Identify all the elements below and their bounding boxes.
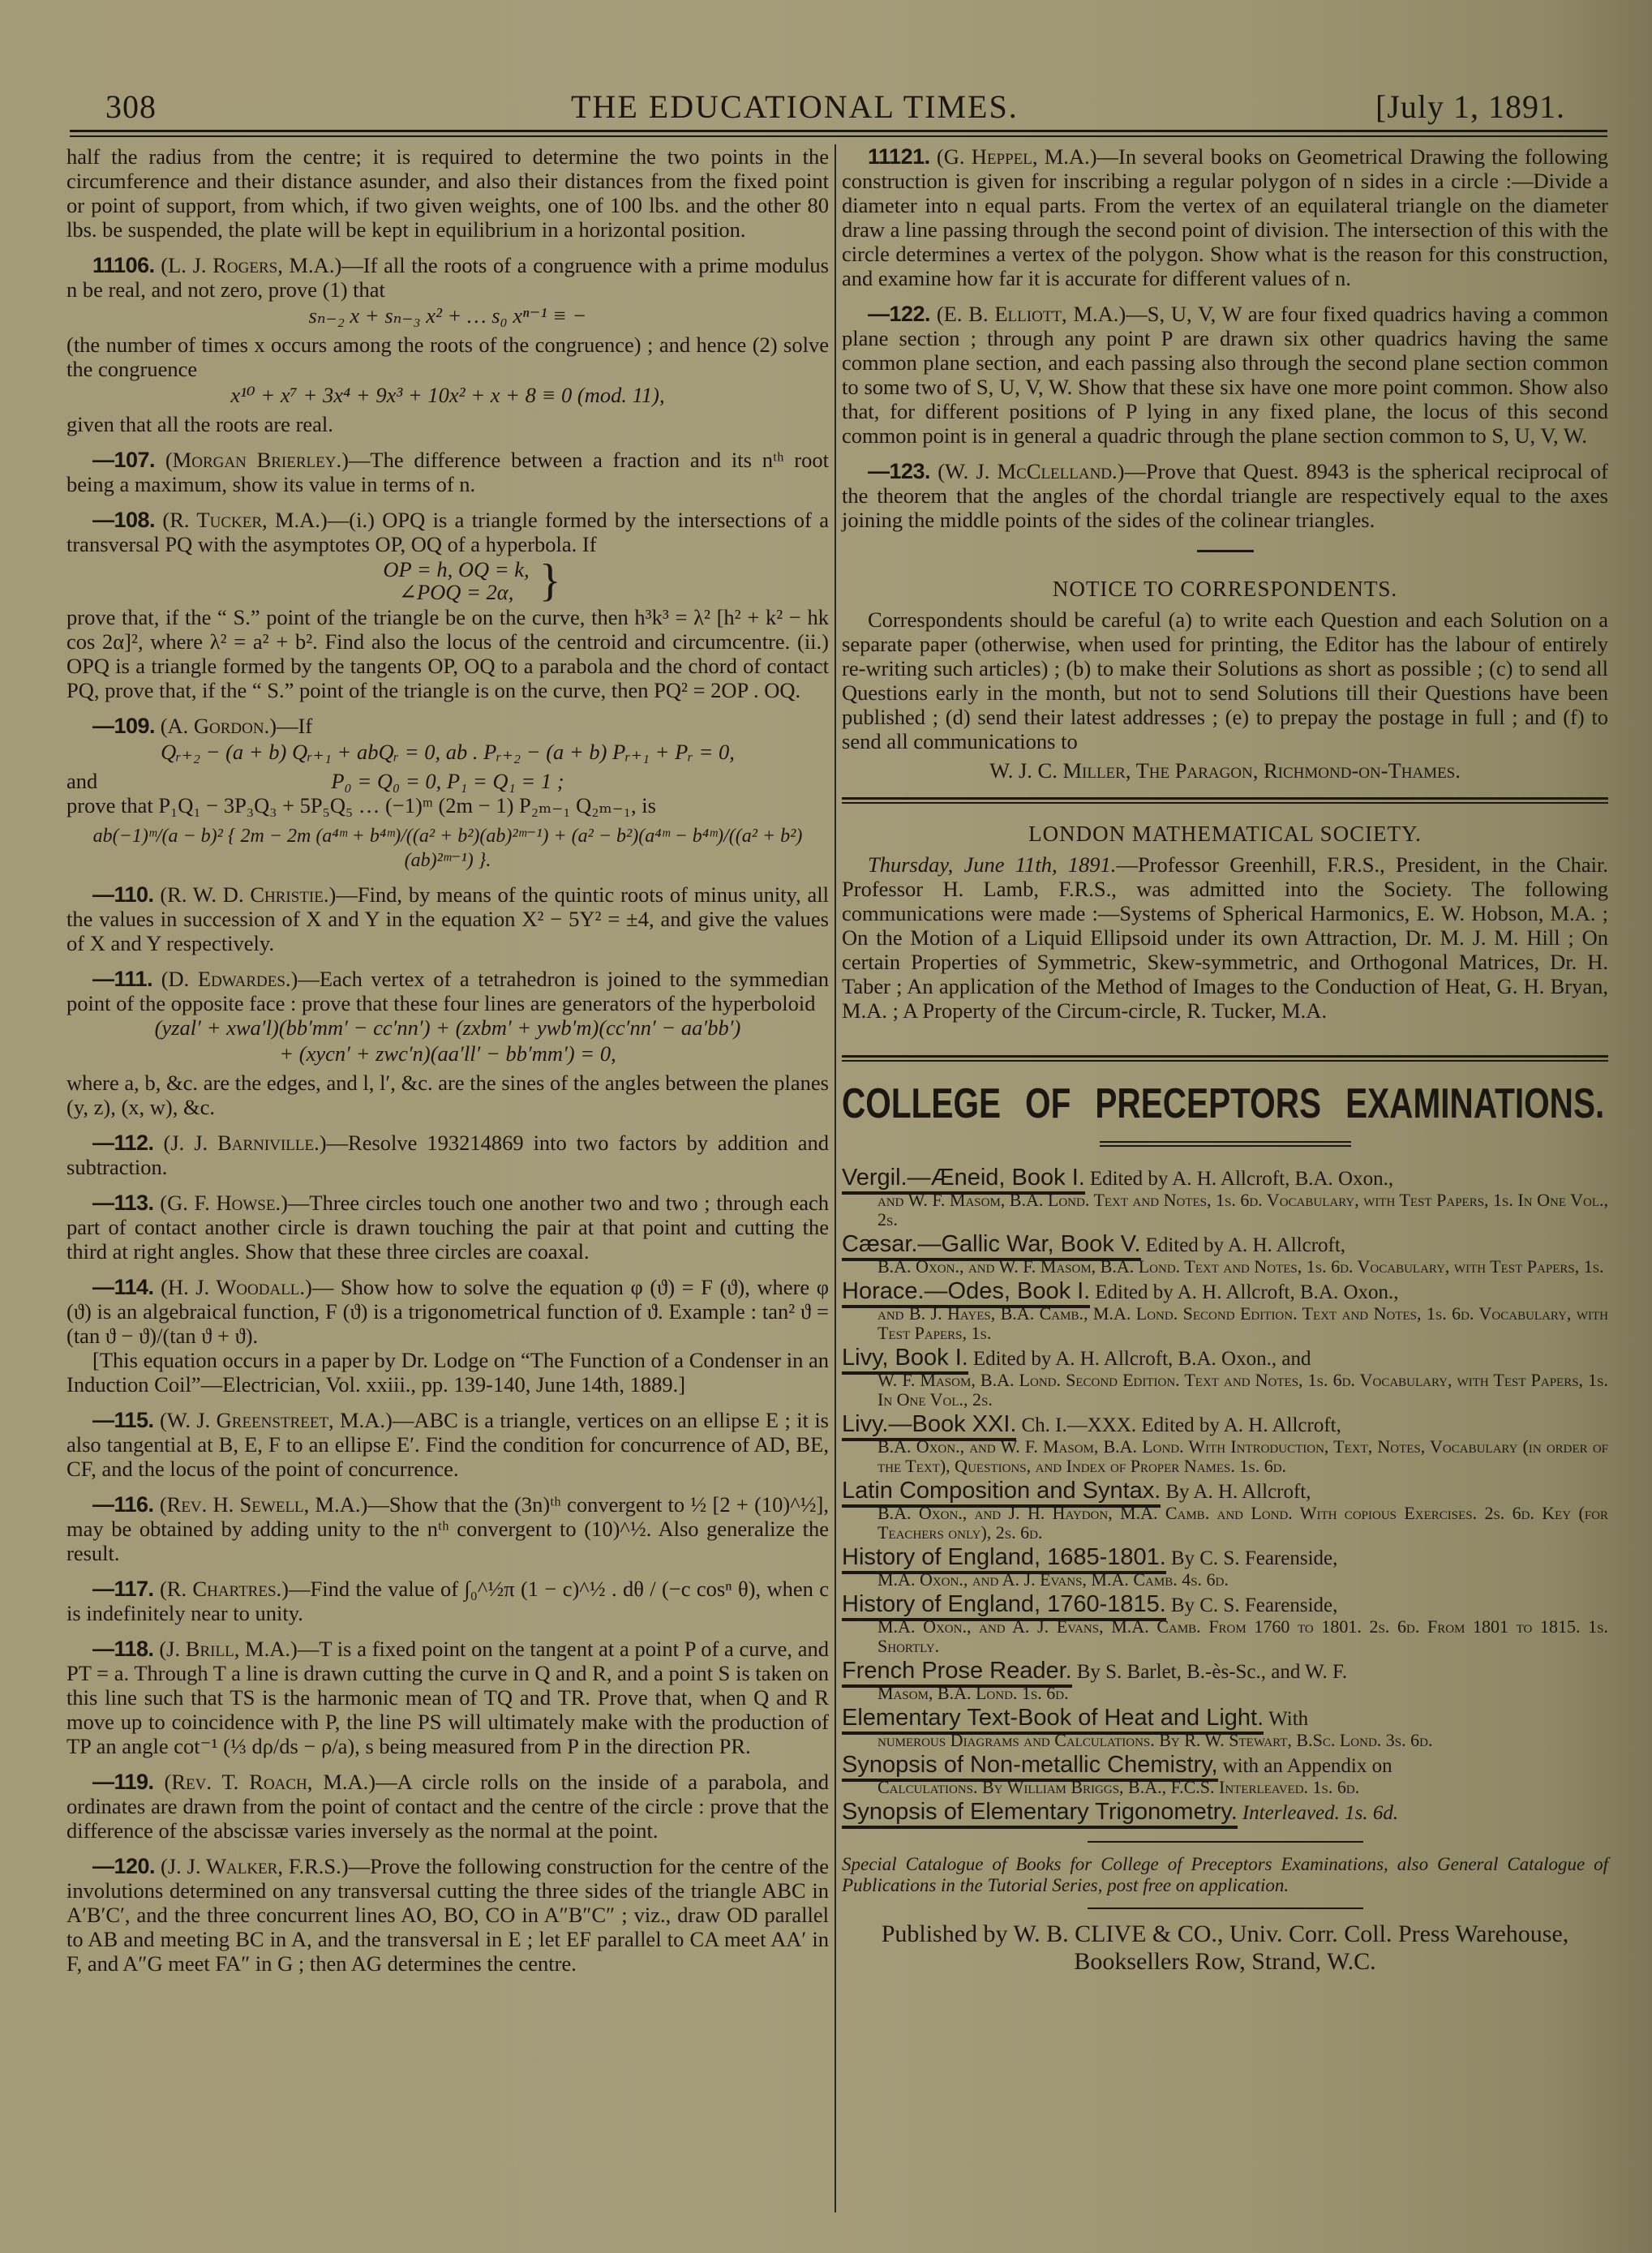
question-number: —111. [92, 967, 152, 991]
section-divider-double [842, 797, 1608, 804]
book-editor: with an Appendix on [1223, 1755, 1392, 1777]
question-author: (A. Gordon.) [161, 714, 277, 738]
question-number: —115. [92, 1408, 154, 1432]
question-number: —120. [92, 1854, 155, 1878]
section-divider [1088, 1841, 1363, 1843]
book-listing: Synopsis of Elementary Trigonometry. Int… [842, 1802, 1608, 1823]
column-divider [835, 144, 836, 2212]
continued-question-text: half the radius from the centre; it is r… [67, 144, 829, 242]
question-number: —110. [92, 882, 154, 907]
question-author: (W. J. McClelland.) [938, 459, 1124, 483]
question-text: prove that, if the “ S.” point of the tr… [67, 605, 829, 702]
book-details: B.A. Oxon., and J. H. Haydon, M.A. Camb.… [842, 1504, 1608, 1543]
book-listing: Livy.—Book XXI. Ch. I.—XXX. Edited by A.… [842, 1414, 1608, 1476]
book-listing: Vergil.—Æneid, Book I. Edited by A. H. A… [842, 1168, 1608, 1229]
book-editor: Edited by A. H. Allcroft, B.A. Oxon., [1090, 1168, 1393, 1190]
book-details: numerous Diagrams and Calculations. By R… [842, 1731, 1608, 1750]
book-details: B.A. Oxon., and W. F. Masom, B.A. Lond. … [842, 1437, 1608, 1476]
book-details: W. F. Masom, B.A. Lond. Second Edition. … [842, 1371, 1608, 1410]
book-listing: French Prose Reader. By S. Barlet, B.-ès… [842, 1661, 1608, 1703]
book-listing: Synopsis of Non-metallic Chemistry, with… [842, 1755, 1608, 1797]
equation: + (xycn′ + zwc′n)(aa′ll′ − bb′mm′) = 0, [67, 1041, 829, 1066]
section-heading: LONDON MATHEMATICAL SOCIETY. [842, 822, 1608, 846]
equation: (yzal′ + xwa′l)(bb′mm′ − cc′nn′) + (zxbm… [67, 1015, 829, 1040]
question-author: (J. Brill, M.A.) [159, 1637, 298, 1661]
section-divider [1197, 550, 1254, 552]
notice-address: W. J. C. Miller, The Paragon, Richmond-o… [842, 758, 1608, 783]
equation: sₙ₋₂ x + sₙ₋₃ x² + … s₀ xⁿ⁻¹ ≡ − [67, 303, 829, 328]
book-editor: Edited by A. H. Allcroft, B.A. Oxon., [1095, 1281, 1398, 1303]
book-details: M.A. Oxon., and A. J. Evans, M.A. Camb. … [842, 1617, 1608, 1656]
question-number: —107. [92, 448, 155, 472]
book-listing: History of England, 1760-1815. By C. S. … [842, 1594, 1608, 1656]
question-118: —118. (J. Brill, M.A.)—T is a fixed poin… [67, 1637, 829, 1758]
question-text: given that all the roots are real. [67, 412, 829, 436]
question-author: (H. J. Woodall.) [161, 1275, 312, 1299]
question-text: where a, b, &c. are the edges, and l, l′… [67, 1071, 829, 1119]
equation: Qᵣ₊₂ − (a + b) Qᵣ₊₁ + abQᵣ = 0, ab . Pᵣ₊… [67, 740, 829, 764]
book-listing: Elementary Text-Book of Heat and Light. … [842, 1708, 1608, 1750]
college-of-preceptors-advert: COLLEGE OF PRECEPTORS EXAMINATIONS. Verg… [842, 1079, 1608, 1976]
question-author: (Rev. T. Roach, M.A.) [165, 1770, 376, 1794]
book-details: B.A. Oxon., and W. F. Masom, B.A. Lond. … [842, 1257, 1608, 1277]
meeting-date: Thursday, June 11th, 1891. [868, 852, 1116, 877]
question-number: 11121. [868, 144, 930, 169]
question-author: (E. B. Elliott, M.A.) [937, 302, 1126, 326]
equation: x¹⁰ + x⁷ + 3x⁴ + 9x³ + 10x² + x + 8 ≡ 0 … [67, 383, 829, 407]
question-author: (R. W. D. Christie.) [160, 882, 336, 907]
question-111: —111. (D. Edwardes.)—Each vertex of a te… [67, 967, 829, 1119]
question-115: —115. (W. J. Greenstreet, M.A.)—ABC is a… [67, 1408, 829, 1481]
book-editor: Interleaved. 1s. 6d. [1242, 1802, 1398, 1824]
book-editor: Edited by A. H. Allcroft, [1146, 1234, 1346, 1256]
question-number: —113. [92, 1191, 154, 1215]
question-author: (L. J. Rogers, M.A.) [161, 253, 341, 277]
label: and [67, 769, 97, 793]
question-116: —116. (Rev. H. Sewell, M.A.)—Show that t… [67, 1492, 829, 1565]
heading-rule [1100, 1141, 1351, 1147]
question-108: —108. (R. Tucker, M.A.)—(i.) OPQ is a tr… [67, 508, 829, 702]
header-rule-secondary [70, 135, 1607, 139]
question-author: (J. J. Walker, F.R.S.) [161, 1854, 349, 1878]
book-details: Masom, B.A. Lond. 1s. 6d. [842, 1684, 1608, 1703]
question-11121: 11121. (G. Heppel, M.A.)—In several book… [842, 144, 1608, 290]
question-109: —109. (A. Gordon.)—If Qᵣ₊₂ − (a + b) Qᵣ₊… [67, 714, 829, 873]
header-rule [70, 130, 1607, 135]
question-author: (J. J. Barniville.) [164, 1131, 327, 1155]
book-editor: By S. Barlet, B.-ès-Sc., and W. F. [1077, 1661, 1347, 1683]
question-number: —118. [92, 1637, 154, 1661]
book-details: M.A. Oxon., and A. J. Evans, M.A. Camb. … [842, 1570, 1608, 1590]
book-listing: Livy, Book I. Edited by A. H. Allcroft, … [842, 1348, 1608, 1410]
question-author: (W. J. Greenstreet, M.A.) [160, 1408, 393, 1432]
brace-icon: } [539, 558, 561, 603]
question-text: —If [277, 714, 312, 738]
question-number: —108. [92, 508, 155, 532]
question-107: —107. (Morgan Brierley.)—The difference … [67, 448, 829, 496]
question-112: —112. (J. J. Barniville.)—Resolve 193214… [67, 1131, 829, 1179]
question-number: —116. [92, 1492, 154, 1517]
question-author: (Morgan Brierley.) [165, 448, 349, 472]
catalogue-notice: Special Catalogue of Books for College o… [842, 1854, 1608, 1896]
book-editor: Edited by A. H. Allcroft, B.A. Oxon., an… [973, 1348, 1311, 1370]
question-text: (the number of times x occurs among the … [67, 333, 829, 381]
book-editor: By A. H. Allcroft, [1165, 1481, 1311, 1503]
publisher-line: Booksellers Row, Strand, W.C. [842, 1948, 1608, 1976]
question-number: —109. [92, 714, 155, 738]
book-listing: Cæsar.—Gallic War, Book V. Edited by A. … [842, 1234, 1608, 1277]
question-author: (D. Edwardes.) [161, 967, 298, 991]
book-title: Synopsis of Elementary Trigonometry. [842, 1799, 1238, 1829]
question-author: (R. Chartres.) [160, 1577, 289, 1601]
book-listing: Latin Composition and Syntax. By A. H. A… [842, 1481, 1608, 1543]
question-text: prove that P₁Q₁ − 3P₃Q₃ + 5P₅Q₅ … (−1)ᵐ … [67, 793, 829, 818]
newspaper-page: 308 THE EDUCATIONAL TIMES. [July 1, 1891… [0, 0, 1652, 2253]
section-heading: NOTICE TO CORRESPONDENTS. [842, 577, 1608, 601]
question-number: 11106. [92, 253, 155, 277]
publisher-imprint: Published by W. B. CLIVE & CO., Univ. Co… [842, 1920, 1608, 1976]
book-editor: By C. S. Fearenside, [1171, 1547, 1338, 1569]
question-number: —122. [868, 302, 930, 326]
page-number: 308 [105, 88, 157, 126]
section-divider [1088, 1908, 1363, 1909]
question-120: —120. (J. J. Walker, F.R.S.)—Prove the f… [67, 1854, 829, 1976]
left-column: half the radius from the centre; it is r… [67, 144, 829, 1987]
question-author: (G. Heppel, M.A.) [937, 144, 1097, 169]
question-number: —114. [92, 1275, 154, 1299]
question-author: (R. Tucker, M.A.) [162, 508, 327, 532]
book-editor: Ch. I.—XXX. Edited by A. H. Allcroft, [1021, 1414, 1341, 1436]
question-123: —123. (W. J. McClelland.)—Prove that Que… [842, 459, 1608, 532]
publisher-line: Published by W. B. CLIVE & CO., Univ. Co… [842, 1920, 1608, 1948]
book-listing: History of England, 1685-1801. By C. S. … [842, 1547, 1608, 1590]
condition: OP = h, OQ = k, [383, 558, 529, 581]
notice-text: Correspondents should be careful (a) to … [842, 607, 1608, 753]
london-mathematical-society: LONDON MATHEMATICAL SOCIETY. Thursday, J… [842, 822, 1608, 1023]
advert-heading: COLLEGE OF PRECEPTORS EXAMINATIONS. [842, 1079, 1639, 1128]
editorial-note: [This equation occurs in a paper by Dr. … [67, 1348, 829, 1397]
book-listing: Horace.—Odes, Book I. Edited by A. H. Al… [842, 1281, 1608, 1343]
equation: P₀ = Q₀ = 0, P₁ = Q₁ = 1 ; [67, 769, 829, 793]
question-11106: 11106. (L. J. Rogers, M.A.)—If all the r… [67, 253, 829, 436]
question-114: —114. (H. J. Woodall.)— Show how to solv… [67, 1275, 829, 1397]
book-editor: By C. S. Fearenside, [1171, 1594, 1338, 1616]
publication-title: THE EDUCATIONAL TIMES. [571, 88, 1019, 126]
question-117: —117. (R. Chartres.)—Find the value of ∫… [67, 1577, 829, 1625]
issue-date: [July 1, 1891. [1375, 88, 1565, 126]
question-number: —123. [868, 459, 930, 483]
condition-block: OP = h, OQ = k, ∠POQ = 2α, } [115, 558, 829, 603]
book-details: and B. J. Hayes, B.A. Camb., M.A. Lond. … [842, 1304, 1608, 1343]
question-number: —112. [92, 1131, 154, 1155]
right-column: 11121. (G. Heppel, M.A.)—In several book… [842, 144, 1608, 1976]
question-110: —110. (R. W. D. Christie.)—Find, by mean… [67, 882, 829, 955]
condition: ∠POQ = 2α, [383, 581, 529, 603]
question-number: —117. [92, 1577, 154, 1601]
question-author: (G. F. Howse.) [160, 1191, 288, 1215]
question-113: —113. (G. F. Howse.)—Three circles touch… [67, 1191, 829, 1264]
section-divider-double [842, 1055, 1608, 1062]
question-122: —122. (E. B. Elliott, M.A.)—S, U, V, W a… [842, 302, 1608, 448]
meeting-report: —Professor Greenhill, F.R.S., President,… [842, 852, 1608, 1023]
book-details: and W. F. Masom, B.A. Lond. Text and Not… [842, 1191, 1608, 1229]
page-header: 308 THE EDUCATIONAL TIMES. [July 1, 1891… [105, 88, 1565, 128]
equation: ab(−1)ᵐ/(a − b)² { 2m − 2m (a⁴ᵐ + b⁴ᵐ)/(… [67, 824, 829, 873]
question-number: —119. [92, 1770, 154, 1794]
notice-to-correspondents: NOTICE TO CORRESPONDENTS. Correspondents… [842, 577, 1608, 783]
question-119: —119. (Rev. T. Roach, M.A.)—A circle rol… [67, 1770, 829, 1843]
book-details: Calculations. By William Briggs, B.A., F… [842, 1778, 1608, 1797]
book-editor: With [1268, 1708, 1308, 1730]
question-author: (Rev. H. Sewell, M.A.) [160, 1492, 367, 1517]
